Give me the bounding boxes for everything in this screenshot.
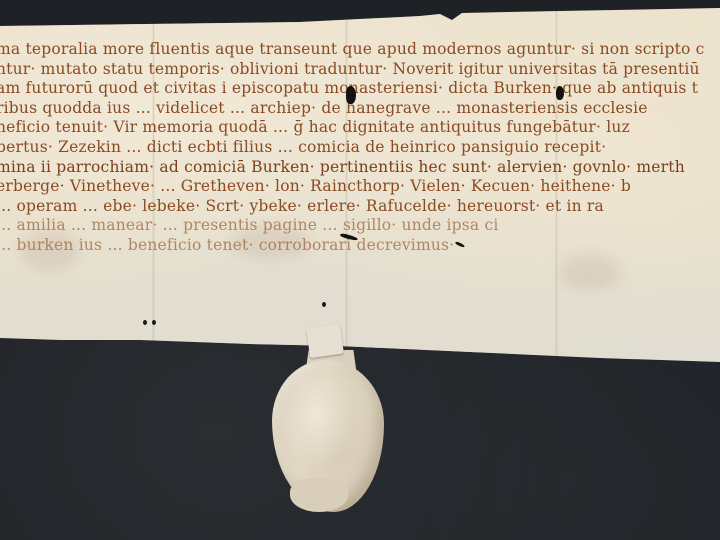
pin-hole	[143, 320, 147, 325]
text-line-3: am futurorū quod et civitas i episcopatu…	[0, 79, 720, 99]
text-line-8: erberge· Vinetheve· ... Gretheven· lon· …	[0, 177, 720, 197]
text-line-2: ntur· mutato statu temporis· oblivioni t…	[0, 60, 720, 80]
text-line-1: ma teporalia more fluentis aque transeun…	[0, 40, 720, 60]
seal-tag	[306, 324, 344, 358]
parchment-charter: ma teporalia more fluentis aque transeun…	[0, 0, 720, 362]
charter-text: ma teporalia more fluentis aque transeun…	[0, 40, 720, 256]
text-line-6: bertus· Zezekin ... dicti ecbti filius .…	[0, 138, 720, 158]
text-line-9: ... operam ... ebe· lebeke· Scrt· ybeke·…	[0, 197, 720, 217]
ink-blot	[346, 86, 356, 104]
pin-hole	[152, 320, 156, 325]
text-line-4: ribus quodda ius ... videlicet ... archi…	[0, 99, 720, 119]
wax-seal-base	[290, 478, 348, 512]
text-line-7: mina ii parrochiam· ad comiciā Burken· p…	[0, 158, 720, 178]
text-line-10: ... amilia ... manear· ... presentis pag…	[0, 216, 720, 236]
text-line-5: neficio tenuit· Vir memoria quodā ... ḡ …	[0, 118, 720, 138]
seal-hole	[322, 302, 326, 307]
ink-blot	[556, 86, 564, 100]
stain	[560, 255, 620, 290]
text-line-11: ... burken ius ... beneficio tenet· corr…	[0, 236, 720, 256]
